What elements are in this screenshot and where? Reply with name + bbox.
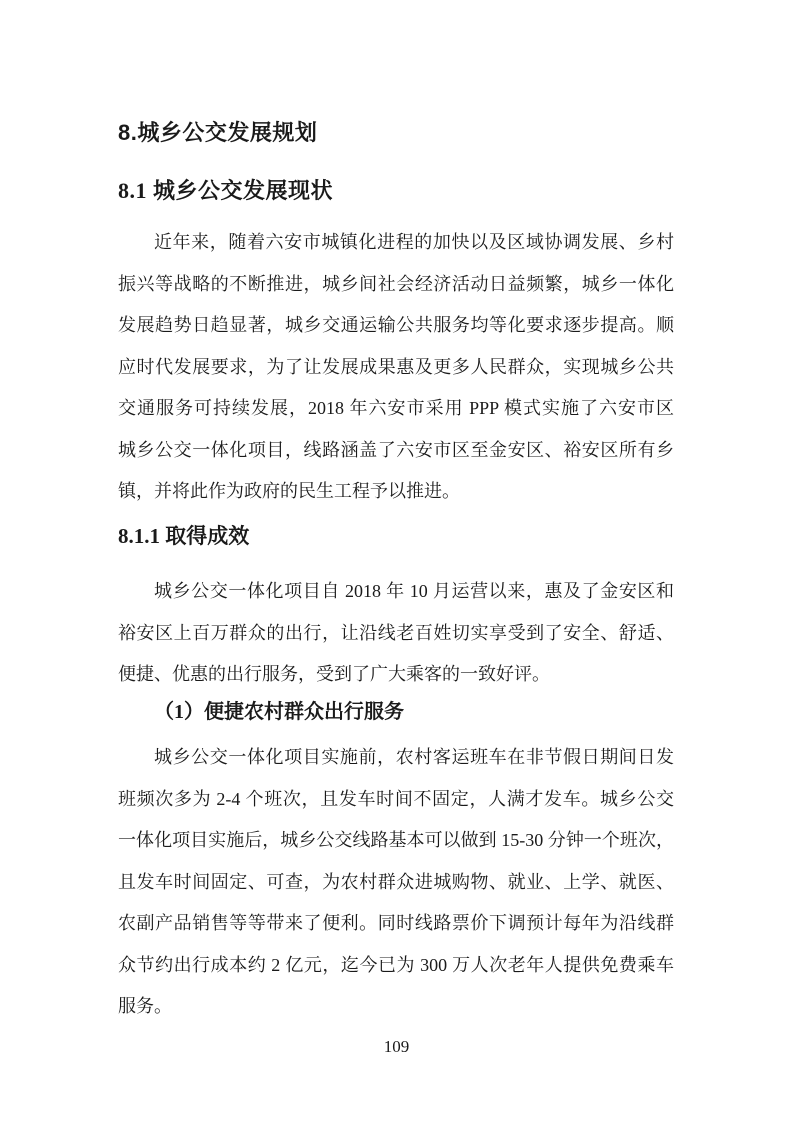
- text-line: 班频次多为 2-4 个班次，且发车时间不固定，人满才发车。城乡公交: [118, 779, 674, 821]
- text-line: 众节约出行成本约 2 亿元，迄今已为 300 万人次老年人提供免费乘车: [118, 945, 674, 987]
- page-number: 109: [0, 1036, 793, 1058]
- text-line: 便捷、优惠的出行服务，受到了广大乘客的一致好评。: [118, 654, 674, 696]
- text-line: 振兴等战略的不断推进，城乡间社会经济活动日益频繁，城乡一体化: [118, 264, 674, 306]
- text-line: 农副产品销售等等带来了便利。同时线路票价下调预计每年为沿线群: [118, 903, 674, 945]
- text-line: 城乡公交一体化项目，线路涵盖了六安市区至金安区、裕安区所有乡: [118, 430, 674, 472]
- paragraph-rural-travel-service: 城乡公交一体化项目实施前，农村客运班车在非节假日期间日发 班频次多为 2-4 个…: [118, 737, 674, 1028]
- text-line: 发展趋势日趋显著，城乡交通运输公共服务均等化要求逐步提高。顺: [118, 305, 674, 347]
- text-line: 交通服务可持续发展，2018 年六安市采用 PPP 模式实施了六安市区: [118, 388, 674, 430]
- paragraph-achievements: 城乡公交一体化项目自 2018 年 10 月运营以来，惠及了金安区和 裕安区上百…: [118, 571, 674, 696]
- text-line: 服务。: [118, 986, 674, 1028]
- text-line: 裕安区上百万群众的出行，让沿线老百姓切实享受到了安全、舒适、: [118, 613, 674, 655]
- chapter-heading: 8.城乡公交发展规划: [118, 118, 317, 148]
- item-heading: （1）便捷农村群众出行服务: [118, 697, 404, 727]
- text-line: 镇，并将此作为政府的民生工程予以推进。: [118, 471, 674, 513]
- text-line: 城乡公交一体化项目自 2018 年 10 月运营以来，惠及了金安区和: [118, 571, 674, 613]
- document-page: 8.城乡公交发展规划 8.1 城乡公交发展现状 近年来，随着六安市城镇化进程的加…: [0, 0, 793, 1122]
- text-line: 应时代发展要求，为了让发展成果惠及更多人民群众，实现城乡公共: [118, 347, 674, 389]
- text-line: 一体化项目实施后，城乡公交线路基本可以做到 15-30 分钟一个班次，: [118, 820, 674, 862]
- paragraph-current-status: 近年来，随着六安市城镇化进程的加快以及区域协调发展、乡村 振兴等战略的不断推进，…: [118, 222, 674, 513]
- text-line: 城乡公交一体化项目实施前，农村客运班车在非节假日期间日发: [118, 737, 674, 779]
- section-heading: 8.1 城乡公交发展现状: [118, 176, 333, 206]
- text-line: 近年来，随着六安市城镇化进程的加快以及区域协调发展、乡村: [118, 222, 674, 264]
- subsection-heading: 8.1.1 取得成效: [118, 521, 249, 551]
- text-line: 且发车时间固定、可查，为农村群众进城购物、就业、上学、就医、: [118, 862, 674, 904]
